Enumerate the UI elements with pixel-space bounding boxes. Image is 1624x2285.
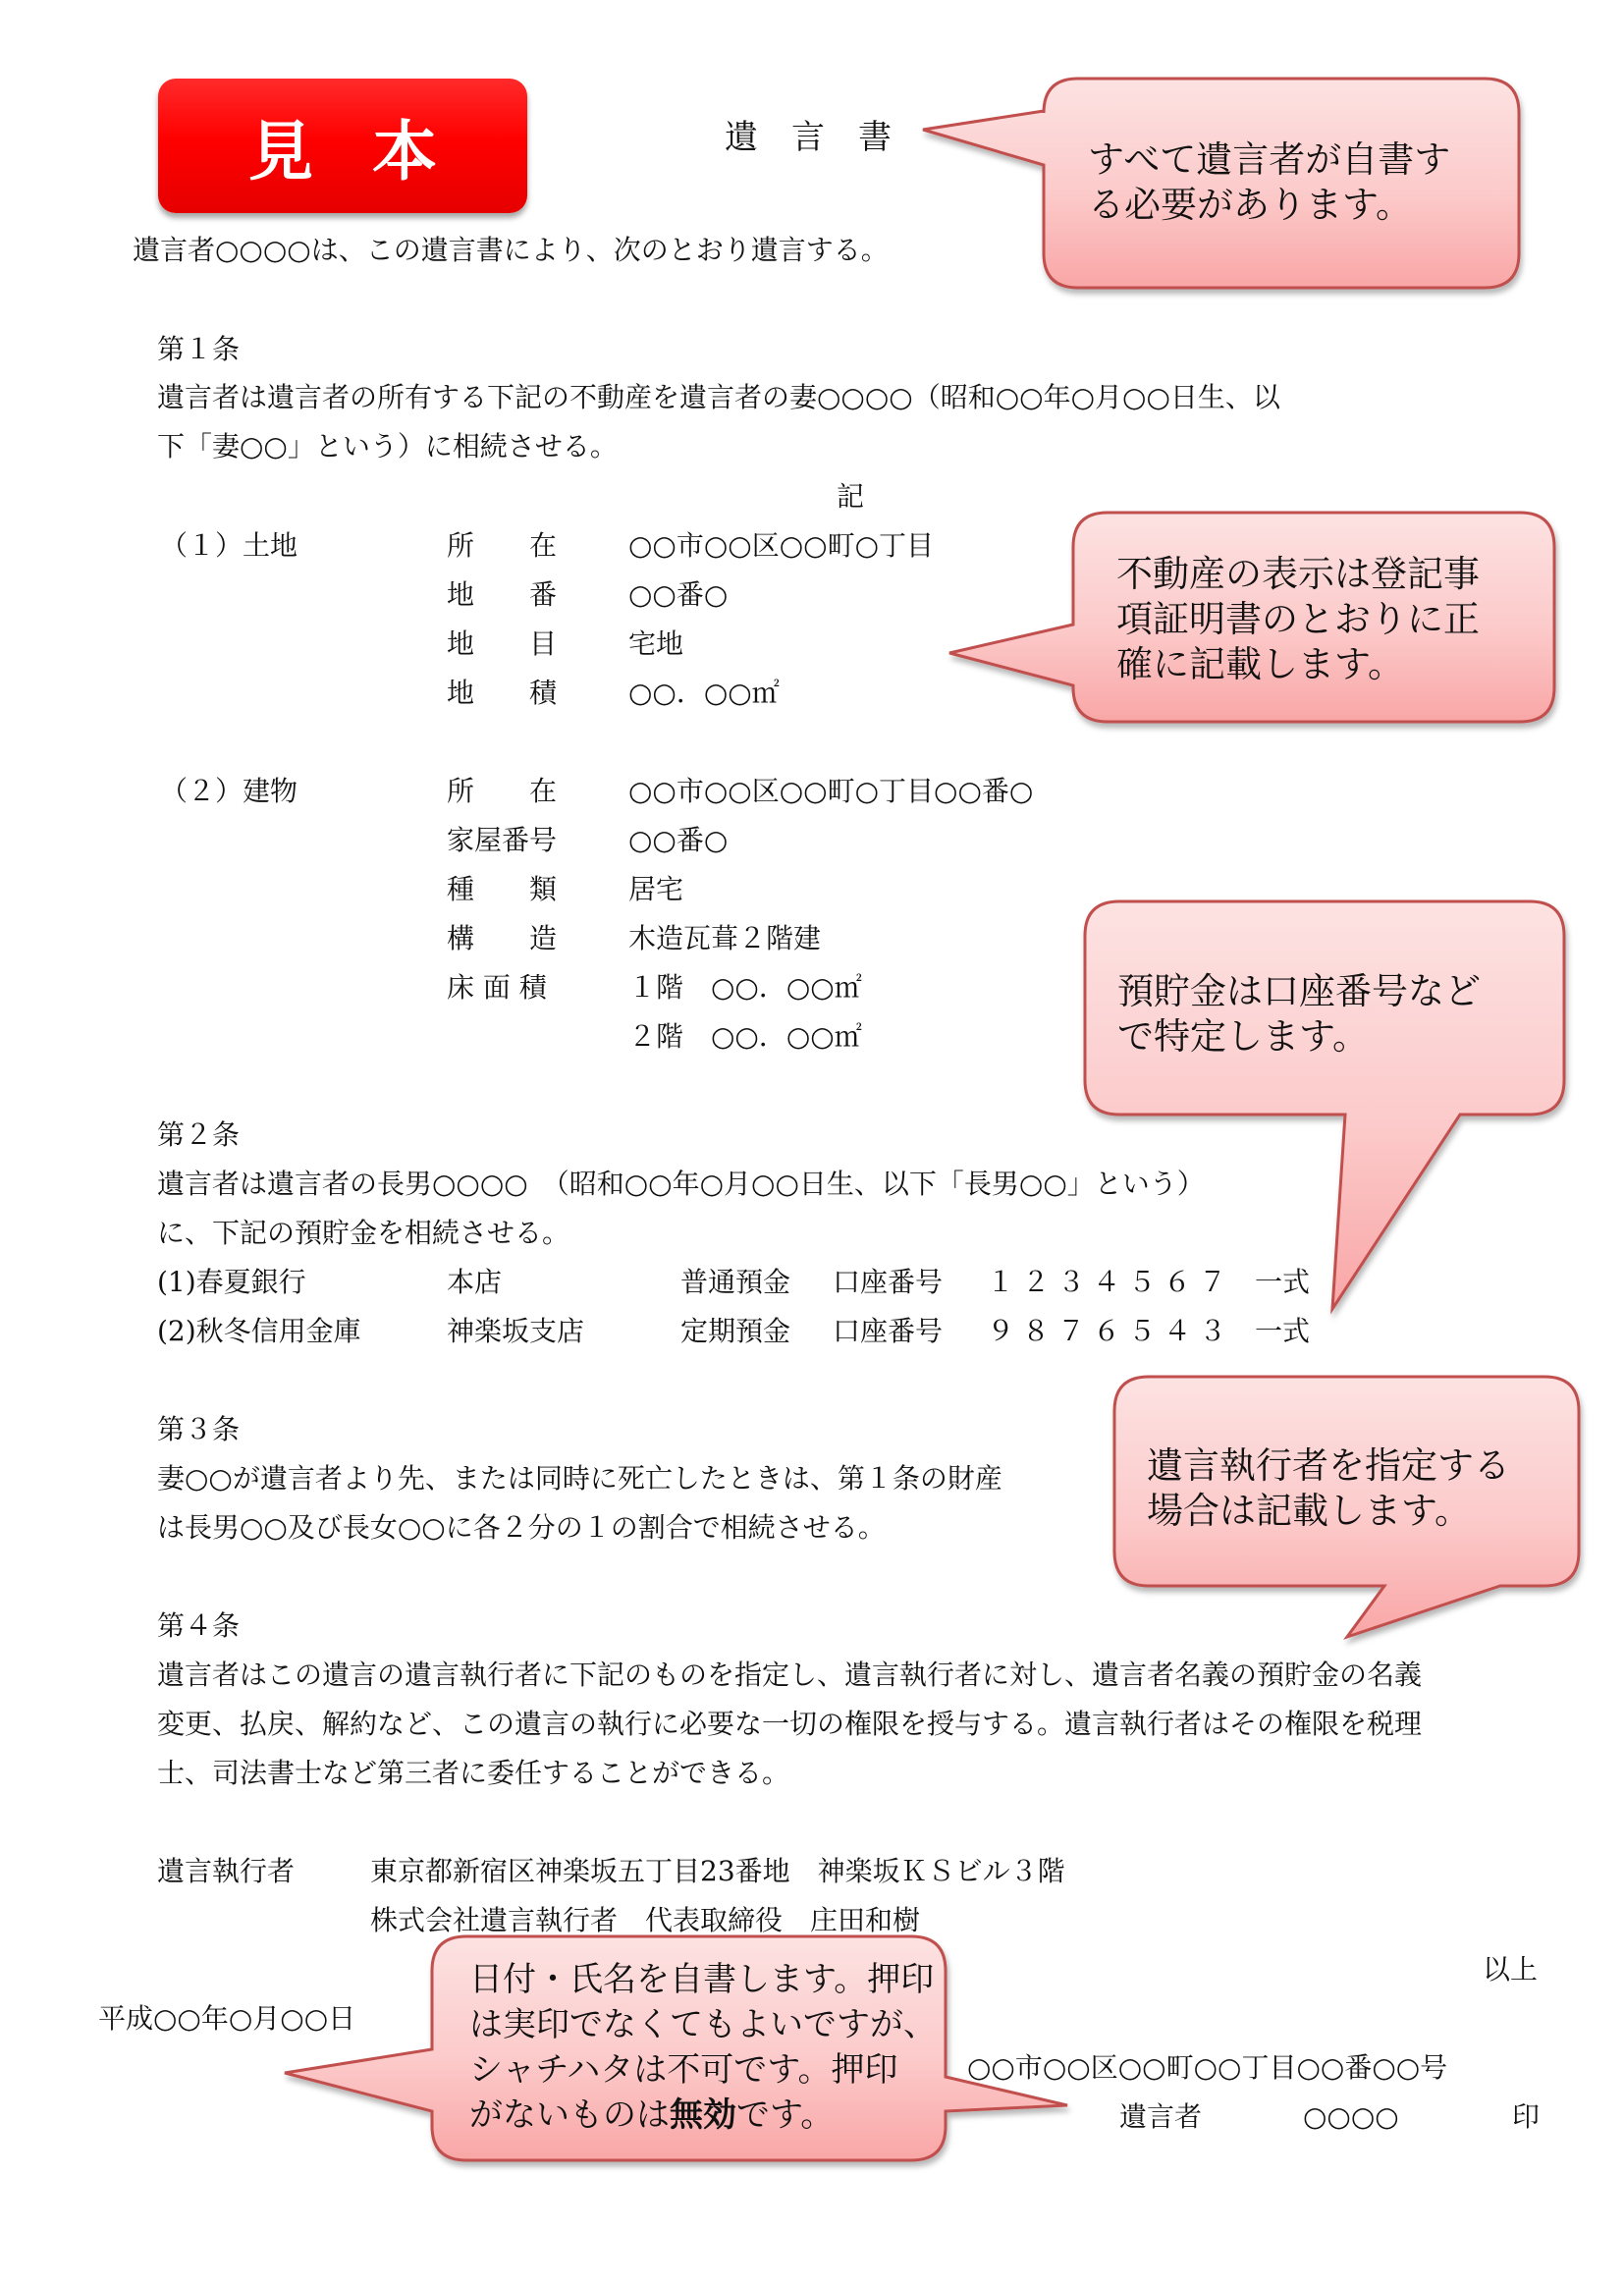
building-key: 構 造 xyxy=(447,923,557,954)
article4-line: 遺言者はこの遺言の遺言執行者に下記のものを指定し、遺言執行者に対し、遺言者名義の… xyxy=(157,1659,1422,1691)
article2-heading: 第２条 xyxy=(157,1119,240,1151)
account-number-label: 口座番号 xyxy=(833,1316,943,1347)
callout-line: る必要があります。 xyxy=(1088,183,1450,228)
ki-marker: 記 xyxy=(837,481,864,513)
building-key: 種 類 xyxy=(447,874,557,905)
callout-line: がないものは無効です。 xyxy=(469,2093,937,2138)
account-number-label: 口座番号 xyxy=(833,1267,943,1298)
article3-line: 妻○○が遺言者より先、または同時に死亡したときは、第１条の財産 xyxy=(157,1463,1002,1495)
intro-sentence: 遺言者○○○○は、この遺言書により、次のとおり遺言する。 xyxy=(133,235,889,266)
executor-label: 遺言執行者 xyxy=(157,1856,295,1887)
executor-address: 東京都新宿区神楽坂五丁目23番地 神楽坂ＫＳビル３階 xyxy=(370,1856,1065,1887)
land-value: ○○．○○㎡ xyxy=(628,678,780,709)
callout-line: 不動産の表示は登記事 xyxy=(1116,552,1480,597)
callout-line: すべて遺言者が自書す xyxy=(1088,137,1450,183)
callout-line: 確に記載します。 xyxy=(1116,642,1480,687)
callout-line: シャチハタは不可です。押印 xyxy=(469,2047,937,2093)
callout-line: 預貯金は口座番号など xyxy=(1117,969,1481,1014)
building-value: 木造瓦葺２階建 xyxy=(628,923,821,954)
account-branch: 神楽坂支店 xyxy=(447,1316,584,1347)
building-value: ○○番○ xyxy=(628,825,728,856)
callout-executor: 遺言執行者を指定する 場合は記載します。 xyxy=(1147,1443,1510,1534)
building-value: 居宅 xyxy=(628,874,683,905)
document-title: 遺言書 xyxy=(725,110,925,158)
callout-text: がないものは xyxy=(469,2095,670,2135)
article2-line: 遺言者は遺言者の長男○○○○ （昭和○○年○月○○日生、以下「長男○○」という） xyxy=(157,1169,1205,1200)
testator-name: ○○○○ xyxy=(1303,2101,1399,2133)
callout-text: です。 xyxy=(736,2095,834,2135)
account-type: 普通預金 xyxy=(680,1267,790,1298)
account-branch: 本店 xyxy=(447,1267,502,1298)
land-key: 所 在 xyxy=(447,530,557,562)
testator-address: ○○市○○区○○町○○丁目○○番○○号 xyxy=(967,2052,1447,2084)
account-bank: (1)春夏銀行 xyxy=(157,1267,306,1298)
callout-deposits-shape xyxy=(1085,901,1564,1309)
sample-badge-label: 見本 xyxy=(248,99,496,192)
land-key: 地 目 xyxy=(447,628,557,660)
callout-self-written: すべて遺言者が自書す る必要があります。 xyxy=(1088,137,1450,228)
article2-line: に、下記の預貯金を相続させる。 xyxy=(157,1218,569,1249)
building-value: ２階 ○○．○○㎡ xyxy=(628,1021,862,1053)
callout-line: 遺言執行者を指定する xyxy=(1147,1443,1510,1489)
callout-date-name: 日付・氏名を自書します。押印 は実印でなくてもよいですが、 シャチハタは不可です… xyxy=(469,1957,937,2138)
callout-line: で特定します。 xyxy=(1117,1014,1481,1060)
callout-deposits: 預貯金は口座番号など で特定します。 xyxy=(1117,969,1481,1060)
callout-line: 場合は記載します。 xyxy=(1147,1489,1510,1534)
building-key: 床 面 積 xyxy=(447,972,547,1004)
account-number: １２３４５６７ xyxy=(987,1267,1234,1298)
article3-heading: 第３条 xyxy=(157,1414,240,1445)
building-key: 所 在 xyxy=(447,776,557,807)
account-row: (1)春夏銀行 本店 普通預金 口座番号 １２３４５６７ 一式 xyxy=(157,1267,1335,1298)
article3-line: は長男○○及び長女○○に各２分の１の割合で相続させる。 xyxy=(157,1512,886,1544)
article4-line: 変更、払戻、解約など、この遺言の執行に必要な一切の権限を授与する。遺言執行者はそ… xyxy=(157,1709,1422,1740)
land-value: 宅地 xyxy=(628,628,683,660)
closing-ijou: 以上 xyxy=(1483,1954,1538,1986)
land-value: ○○番○ xyxy=(628,579,728,611)
article1-heading: 第１条 xyxy=(157,334,240,365)
account-bank: (2)秋冬信用金庫 xyxy=(157,1316,361,1347)
account-type: 定期預金 xyxy=(680,1316,790,1347)
will-date: 平成○○年○月○○日 xyxy=(98,2003,355,2035)
article4-heading: 第４条 xyxy=(157,1610,240,1642)
article1-line: 下「妻○○」という）に相続させる。 xyxy=(157,431,618,462)
testator-label: 遺言者 xyxy=(1119,2101,1202,2133)
building-key: 家屋番号 xyxy=(447,825,557,856)
building-value: １階 ○○．○○㎡ xyxy=(628,972,862,1004)
article4-line: 士、司法書士など第三者に委任することができる。 xyxy=(157,1758,789,1789)
land-label: （１）土地 xyxy=(160,530,298,562)
account-scope: 一式 xyxy=(1255,1316,1310,1347)
account-scope: 一式 xyxy=(1255,1267,1310,1298)
land-key: 地 積 xyxy=(447,678,557,709)
sample-badge: 見本 xyxy=(158,79,527,213)
seal-mark: 印 xyxy=(1512,2101,1540,2133)
building-value: ○○市○○区○○町○丁目○○番○ xyxy=(628,776,1033,807)
callout-line: 項証明書のとおりに正 xyxy=(1116,597,1480,642)
callout-line: 日付・氏名を自書します。押印 xyxy=(469,1957,937,2002)
land-key: 地 番 xyxy=(447,579,557,611)
account-number: ９８７６５４３ xyxy=(987,1316,1234,1347)
account-row: (2)秋冬信用金庫 神楽坂支店 定期預金 口座番号 ９８７６５４３ 一式 xyxy=(157,1316,1335,1347)
callout-line: は実印でなくてもよいですが、 xyxy=(469,2002,937,2047)
building-label: （２）建物 xyxy=(160,776,298,807)
callout-real-estate: 不動産の表示は登記事 項証明書のとおりに正 確に記載します。 xyxy=(1116,552,1480,687)
callout-shapes xyxy=(0,0,1624,2285)
executor-name: 株式会社遺言執行者 代表取締役 庄田和樹 xyxy=(370,1905,920,1936)
land-value: ○○市○○区○○町○丁目 xyxy=(628,530,934,562)
article1-line: 遺言者は遺言者の所有する下記の不動産を遺言者の妻○○○○（昭和○○年○月○○日生… xyxy=(157,382,1280,413)
callout-emphasis-invalid: 無効 xyxy=(670,2095,736,2135)
